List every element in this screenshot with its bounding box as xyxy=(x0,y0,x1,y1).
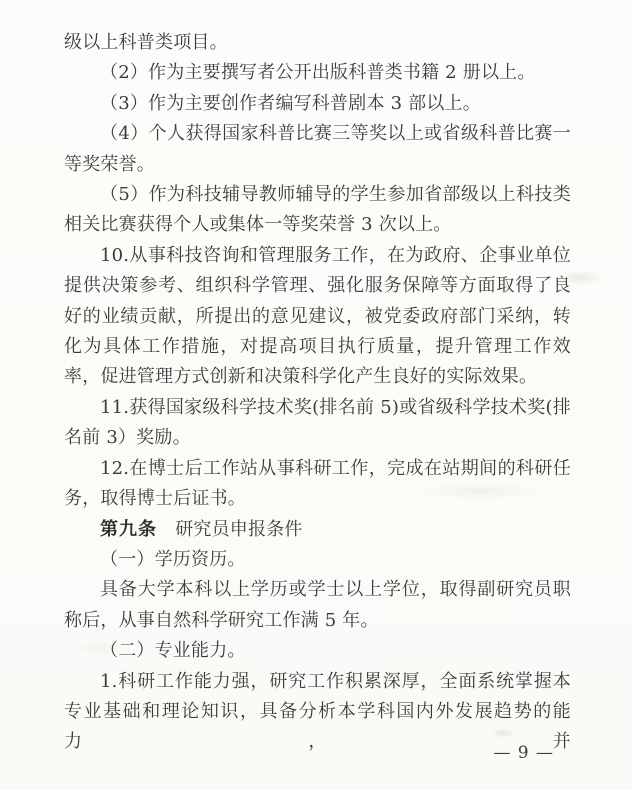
body-text: 级以上科普类项目。（2）作为主要撰写者公开出版科普类书籍 2 册以上。（3）作为… xyxy=(64,28,571,758)
paragraph: 12.在博士后工作站从事科研工作，完成在站期间的科研任务，取得博士后证书。 xyxy=(64,454,571,515)
paragraph: （一）学历资历。 xyxy=(64,545,571,575)
paragraph: （4）个人获得国家科普比赛三等奖以上或省级科普比赛一等奖荣誉。 xyxy=(64,119,571,180)
paragraph: （二）专业能力。 xyxy=(64,636,571,666)
paragraph: （2）作为主要撰写者公开出版科普类书籍 2 册以上。 xyxy=(64,58,571,88)
document-page: 级以上科普类项目。（2）作为主要撰写者公开出版科普类书籍 2 册以上。（3）作为… xyxy=(0,0,632,790)
paragraph: 11.获得国家级科学技术奖(排名前 5)或省级科学技术奖(排名前 3）奖励。 xyxy=(64,393,571,454)
paragraph: （3）作为主要创作者编写科普剧本 3 部以上。 xyxy=(64,89,571,119)
article-number-bold: 第九条 xyxy=(100,519,157,540)
paragraph: 级以上科普类项目。 xyxy=(64,28,571,58)
paragraph: 具备大学本科以上学历或学士以上学位，取得副研究员职称后，从事自然科学研究工作满 … xyxy=(64,575,571,636)
page-number: — 9 — xyxy=(493,743,554,763)
paragraph: 10.从事科技咨询和管理服务工作，在为政府、企事业单位提供决策参考、组织科学管理… xyxy=(64,241,571,393)
paragraph: （5）作为科技辅导教师辅导的学生参加省部级以上科技类相关比赛获得个人或集体一等奖… xyxy=(64,180,571,241)
article-heading-paragraph: 第九条 研究员申报条件 xyxy=(64,515,571,545)
